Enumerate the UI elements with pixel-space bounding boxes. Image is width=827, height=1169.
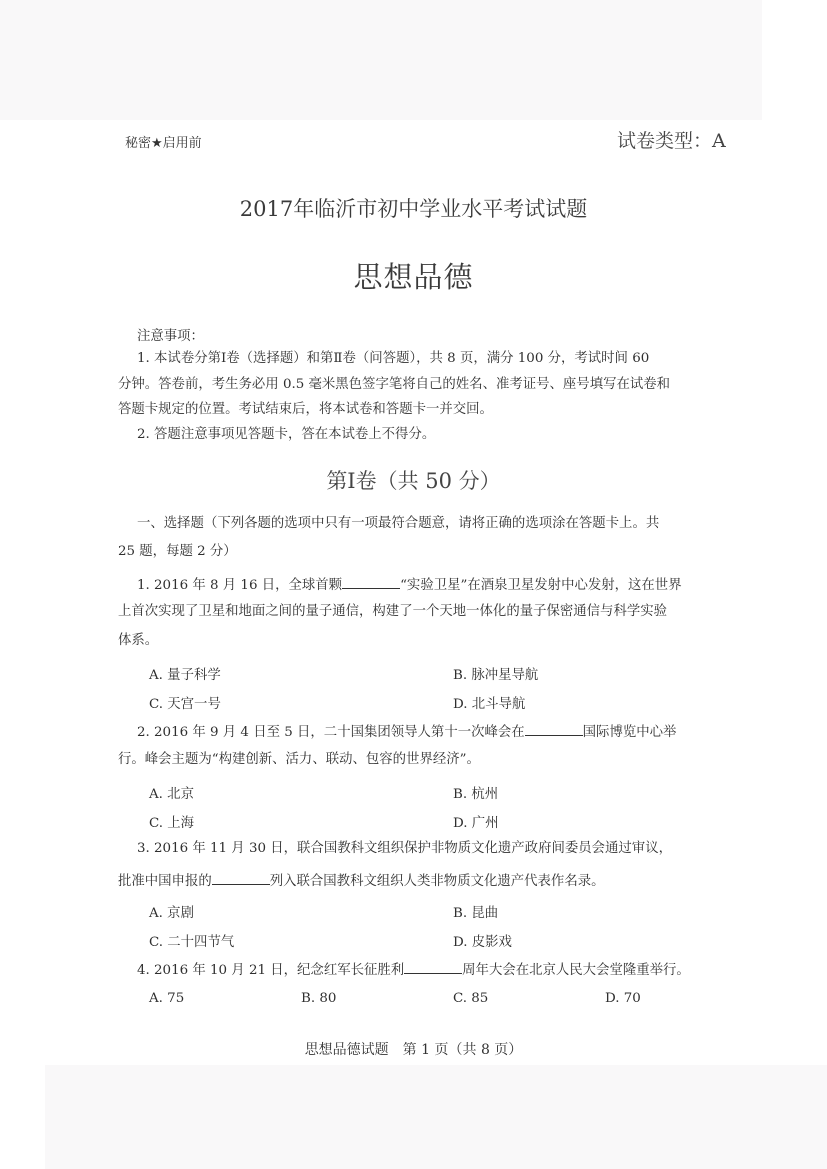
bottom-margin-band [45, 1065, 827, 1169]
answer-blank [525, 723, 583, 736]
question-4-stem-after: 周年大会在北京人民大会堂隆重举行。 [462, 963, 690, 978]
question-3-option-d: D. 皮影戏 [453, 931, 512, 950]
question-2-stem-before: 2. 2016 年 9 月 4 日至 5 日，二十国集团领导人第十一次峰会在 [137, 725, 525, 740]
question-1-option-b: B. 脉冲星导航 [453, 664, 538, 683]
subject-title: 思想品德 [0, 255, 827, 296]
question-3-stem-line-1: 3. 2016 年 11 月 30 日，联合国教科文组织保护非物质文化遗产政府间… [137, 842, 672, 855]
notes-heading: 注意事项： [137, 330, 204, 343]
question-1-stem-before: 1. 2016 年 8 月 16 日，全球首颗 [137, 578, 342, 593]
question-2-option-a: A. 北京 [149, 783, 194, 802]
question-2-stem-after: 国际博览中心举 [583, 725, 677, 740]
question-3-option-b: B. 昆曲 [453, 902, 498, 921]
question-1-option-c: C. 天宫一号 [149, 693, 221, 712]
question-2-stem-line-2: 行。峰会主题为“构建创新、活力、联动、包容的世界经济”。 [118, 753, 480, 766]
answer-blank [342, 576, 400, 589]
notes-item-1-line-2: 分钟。答卷前，考生务必用 0.5 毫米黑色签字笔将自己的姓名、准考证号、座号填写… [118, 378, 670, 391]
question-1-stem-after: “实验卫星”在酒泉卫星发射中心发射，这在世界 [400, 578, 682, 593]
question-4-option-c: C. 85 [453, 991, 488, 1006]
notes-item-1-line-3: 答题卡规定的位置。考试结束后，将本试卷和答题卡一并交回。 [118, 403, 493, 416]
paper-type-label: 试卷类型：A [617, 126, 726, 153]
question-4-option-b: B. 80 [301, 991, 336, 1006]
notes-item-1-line-1: 1. 本试卷分第Ⅰ卷（选择题）和第Ⅱ卷（问答题），共 8 页，满分 100 分，… [137, 352, 649, 365]
question-3-option-a: A. 京剧 [149, 902, 194, 921]
question-4-option-d: D. 70 [605, 991, 641, 1006]
question-4-stem-before: 4. 2016 年 10 月 21 日，纪念红军长征胜利 [137, 963, 404, 978]
question-1-stem-line-1: 1. 2016 年 8 月 16 日，全球首颗“实验卫星”在酒泉卫星发射中心发射… [137, 576, 682, 592]
page-footer: 思想品德试题 第 1 页（共 8 页） [0, 1039, 827, 1059]
answer-blank [404, 961, 462, 974]
question-1-stem-line-3: 体系。 [118, 634, 158, 647]
question-1-option-d: D. 北斗导航 [453, 693, 525, 712]
section-heading: 第Ⅰ卷（共 50 分） [0, 465, 827, 495]
notes-item-2: 2. 答题注意事项见答题卡，答在本试卷上不得分。 [137, 428, 435, 441]
exam-title: 2017年临沂市初中学业水平考试试题 [0, 193, 827, 223]
question-1-stem-line-2: 上首次实现了卫星和地面之间的量子通信，构建了一个天地一体化的量子保密通信与科学实… [118, 605, 667, 618]
question-2-option-b: B. 杭州 [453, 783, 498, 802]
question-3-stem-after: 列入联合国教科文组织人类非物质文化遗产代表作名录。 [270, 874, 605, 889]
answer-blank [212, 872, 270, 885]
secret-label: 秘密★启用前 [125, 132, 202, 151]
question-4-stem-line-1: 4. 2016 年 10 月 21 日，纪念红军长征胜利周年大会在北京人民大会堂… [137, 961, 690, 977]
question-2-option-c: C. 上海 [149, 812, 194, 831]
question-3-option-c: C. 二十四节气 [149, 931, 234, 950]
top-margin-band [0, 0, 762, 120]
section-instructions-line-2: 25 题，每题 2 分） [118, 545, 237, 558]
question-2-option-d: D. 广州 [453, 812, 499, 831]
question-2-stem-line-1: 2. 2016 年 9 月 4 日至 5 日，二十国集团领导人第十一次峰会在国际… [137, 723, 676, 739]
question-1-option-a: A. 量子科学 [149, 664, 221, 683]
question-3-stem-line-2: 批准中国申报的列入联合国教科文组织人类非物质文化遗产代表作名录。 [118, 872, 605, 888]
question-4-option-a: A. 75 [149, 991, 184, 1006]
question-3-stem-before: 批准中国申报的 [118, 874, 212, 889]
section-instructions-line-1: 一、选择题（下列各题的选项中只有一项最符合题意，请将正确的选项涂在答题卡上。共 [137, 517, 659, 530]
